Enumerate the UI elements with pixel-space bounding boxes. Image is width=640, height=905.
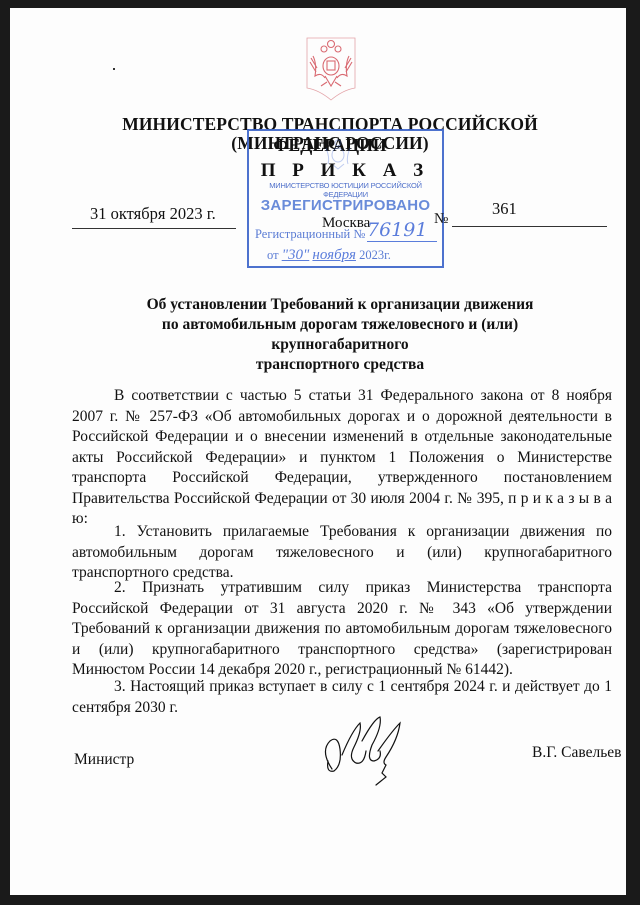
- scan-speck: [113, 68, 115, 70]
- order-item-text: 1. Установить прилагаемые Требования к о…: [72, 523, 612, 581]
- stamp-date-month: ноября: [312, 247, 356, 263]
- order-item-text: 2. Признать утратившим силу приказ Минис…: [72, 579, 612, 678]
- stamp-status: ЗАРЕГИСТРИРОВАНО: [249, 197, 442, 214]
- order-item-1: 1. Установить прилагаемые Требования к о…: [72, 522, 612, 584]
- title-line-1: Об установлении Требований к организации…: [100, 295, 580, 315]
- stamp-date-year: 2023г.: [359, 248, 391, 262]
- coat-of-arms-icon: [303, 32, 359, 102]
- order-number: 361: [492, 199, 517, 219]
- order-city: Москва: [322, 215, 370, 232]
- preamble: В соответствии с частью 5 статьи 31 Феде…: [72, 386, 612, 530]
- date-underline: [72, 228, 236, 229]
- signatory-position: Министр: [74, 751, 134, 769]
- order-date: 31 октября 2023 г.: [90, 204, 216, 224]
- stamp-reg-number: 76191: [367, 219, 437, 242]
- registration-stamp: МИНИСТЕРСТВО ЮСТИЦИИ РОССИЙСКОЙ ФЕДЕРАЦИ…: [247, 129, 444, 268]
- preamble-text: В соответствии с частью 5 статьи 31 Феде…: [72, 387, 612, 527]
- handwritten-signature: [312, 711, 422, 786]
- title-line-2: по автомобильным дорогам тяжеловесного и…: [100, 315, 580, 355]
- title-line-3: транспортного средства: [100, 355, 580, 375]
- order-title: Об установлении Требований к организации…: [100, 295, 580, 375]
- document-page: МИНИСТЕРСТВО ТРАНСПОРТА РОССИЙСКОЙ ФЕДЕР…: [10, 8, 626, 895]
- stamp-date-prefix: от: [267, 248, 279, 262]
- stamp-date-day: "30": [282, 247, 310, 263]
- number-sign: №: [434, 211, 448, 228]
- order-item-2: 2. Признать утратившим силу приказ Минис…: [72, 578, 612, 681]
- stamp-date: от "30" ноября 2023г.: [267, 247, 391, 264]
- number-underline: [452, 226, 607, 227]
- signatory-name: В.Г. Савельев: [532, 744, 622, 762]
- order-item-text: 3. Настоящий приказ вступает в силу с 1 …: [72, 678, 612, 716]
